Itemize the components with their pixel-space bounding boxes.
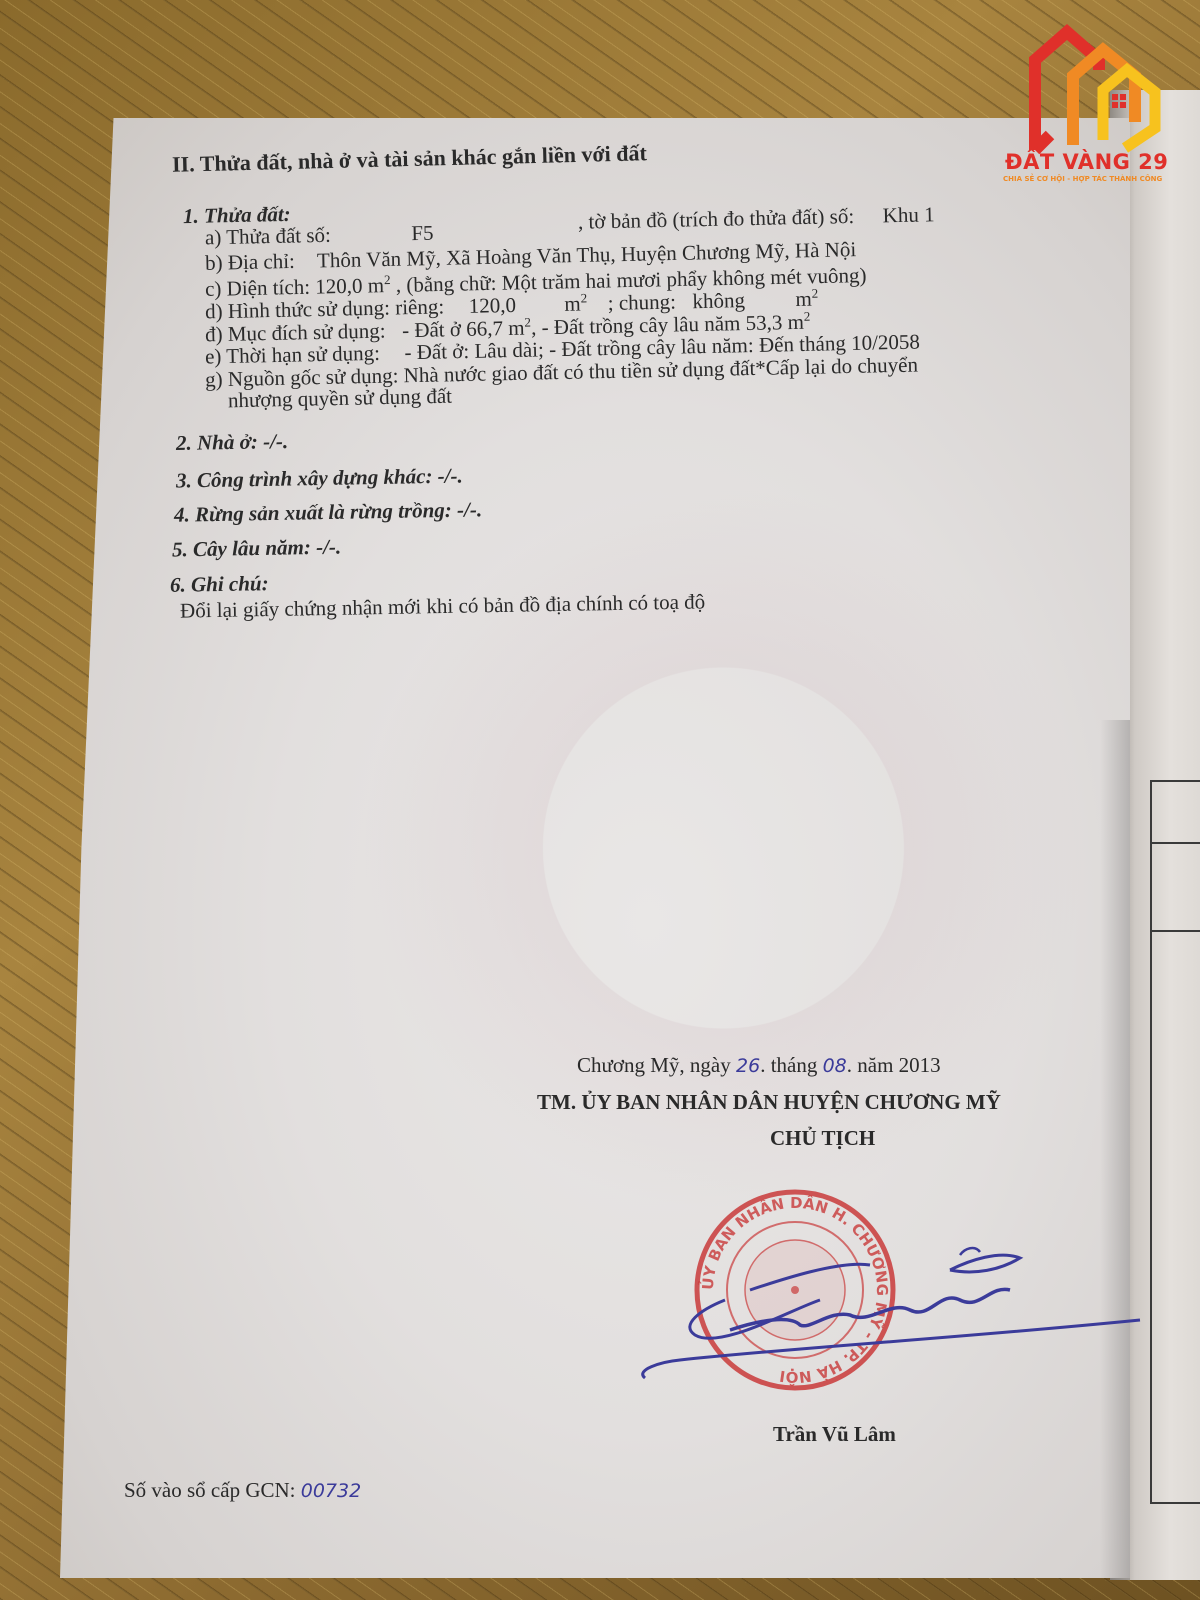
- area-value: 120,0: [315, 274, 363, 299]
- registry-number: 00732: [301, 1480, 361, 1502]
- perennial-trees-item: 5. Cây lâu năm: -/-.: [172, 537, 342, 561]
- production-forest-item: 4. Rừng sản xuất là rừng trồng: -/-.: [174, 499, 482, 525]
- registry-label: Số vào sổ cấp GCN:: [124, 1478, 296, 1502]
- unit-label: m: [564, 292, 581, 316]
- sign-year: năm 2013: [857, 1053, 940, 1077]
- origin-value-line2: nhượng quyền sử dụng đất: [228, 386, 452, 412]
- parcel-number-label: a) Thửa đất số:: [205, 223, 331, 250]
- sign-day: 26: [736, 1055, 760, 1077]
- address-label: b) Địa chỉ:: [205, 249, 295, 275]
- map-sheet-value: Khu 1: [882, 202, 934, 227]
- authority-title: TM. ỦY BAN NHÂN DÂN HUYỆN CHƯƠNG MỸ: [537, 1092, 1001, 1113]
- house-item: 2. Nhà ở: -/-.: [176, 431, 289, 454]
- area-unit: m: [368, 273, 385, 297]
- handwritten-signature-icon: [640, 1230, 1160, 1390]
- signer-name: Trần Vũ Lâm: [773, 1424, 896, 1445]
- usage-shared-value: không: [692, 288, 745, 313]
- logo-slogan: CHIA SẺ CƠ HỘI - HỢP TÁC THÀNH CÔNG: [1003, 175, 1162, 183]
- page-fold-shadow: [1100, 720, 1130, 1580]
- sign-place: Chương Mỹ, ngày: [577, 1053, 731, 1077]
- signer-position: CHỦ TỊCH: [770, 1128, 875, 1149]
- usage-private-value: 120,0: [468, 293, 516, 318]
- sign-date-row: Chương Mỹ, ngày 26. tháng 08. năm 2013: [577, 1055, 941, 1076]
- notes-heading: 6. Ghi chú:: [170, 573, 269, 596]
- usage-shared-label: ; chung:: [607, 290, 676, 315]
- registry-row: Số vào sổ cấp GCN: 00732: [124, 1480, 361, 1501]
- parcel-number-value: F5: [411, 221, 434, 245]
- logo-brand-name: ĐẤT VÀNG 29: [1005, 150, 1168, 174]
- other-construction-item: 3. Công trình xây dựng khác: -/-.: [176, 465, 463, 491]
- adjacent-page-table: [1150, 780, 1200, 1504]
- unit-label: m: [795, 287, 812, 311]
- sign-month: 08: [823, 1055, 847, 1077]
- sign-month-label: tháng: [771, 1053, 818, 1077]
